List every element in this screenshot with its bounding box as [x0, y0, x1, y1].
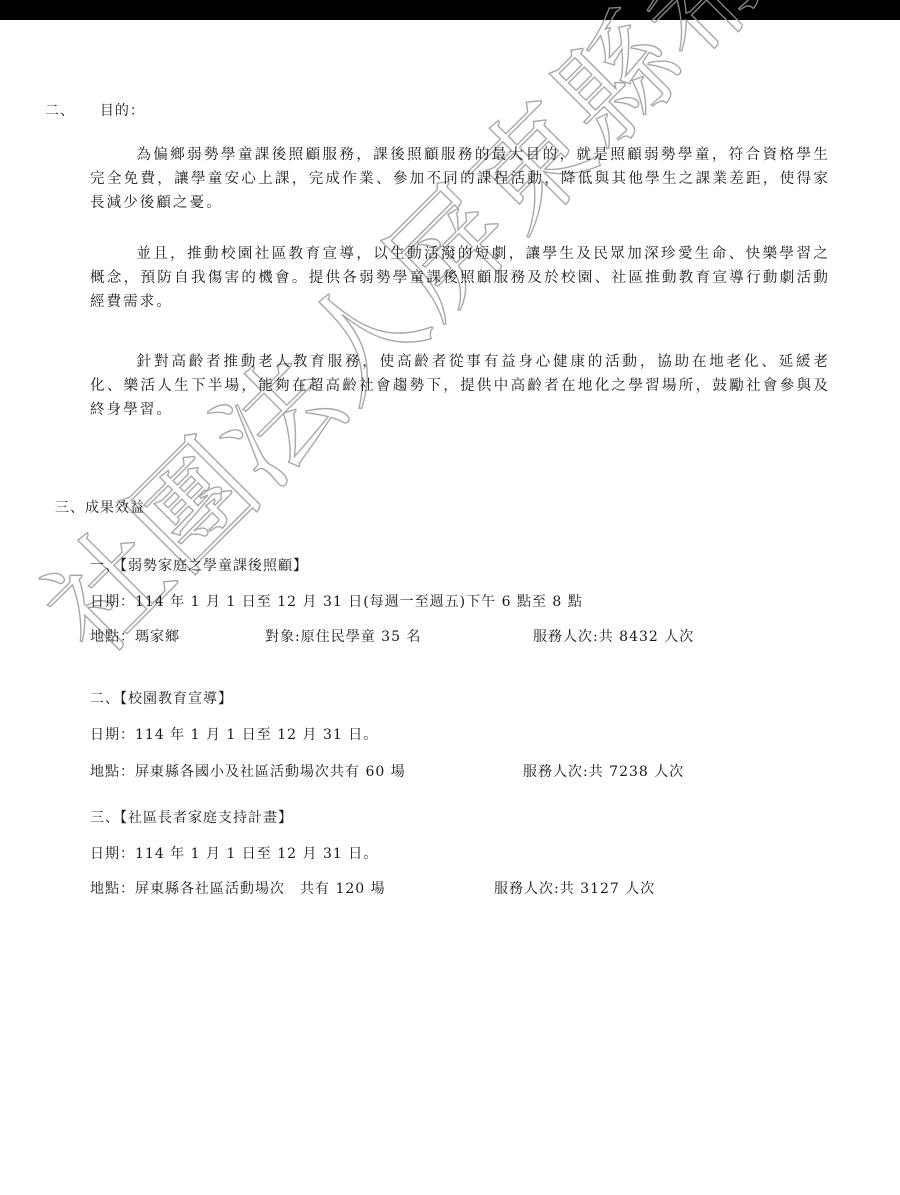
result-1-target: 對象:原住民學童 35 名 — [265, 626, 421, 646]
result-2-location: 地點：屏東縣各國小及社區活動場次共有 60 場 — [90, 761, 406, 781]
result-3-service-count: 服務人次:共 3127 人次 — [494, 878, 655, 898]
document-page: 社團法人屏東縣希望家園協進會 二、 目的： 為偏鄉弱勢學童課後照顧服務，課後照顧… — [0, 20, 900, 1195]
purpose-paragraph-3: 針對高齡者推動老人教育服務，使高齡者從事有益身心健康的活動，協助在地老化、延緩老… — [90, 350, 830, 422]
result-1-title: 一、【弱勢家庭之學童課後照顧】 — [90, 555, 308, 575]
result-2-date: 日期：114 年 1 月 1 日至 12 月 31 日。 — [90, 724, 378, 744]
result-2-service-count: 服務人次:共 7238 人次 — [523, 761, 684, 781]
section-2-heading: 二、 目的： — [45, 100, 145, 120]
viewer-top-bar — [0, 0, 900, 20]
result-3-title: 三、【社區長者家庭支持計畫】 — [90, 807, 293, 827]
section-3-heading: 三、成果效益 — [55, 497, 145, 517]
result-3-date: 日期：114 年 1 月 1 日至 12 月 31 日。 — [90, 843, 378, 863]
result-3-location: 地點：屏東縣各社區活動場次 共有 120 場 — [90, 878, 386, 898]
purpose-paragraph-2: 並且，推動校園社區教育宣導，以生動活潑的短劇，讓學生及民眾加深珍愛生命、快樂學習… — [90, 242, 830, 314]
section-2-title: 目的： — [100, 103, 145, 119]
result-1-location: 地點：瑪家鄉 — [90, 626, 180, 646]
result-2-title: 二、【校園教育宣導】 — [90, 688, 233, 708]
result-1-date: 日期：114 年 1 月 1 日至 12 月 31 日(每週一至週五)下午 6 … — [90, 591, 583, 611]
purpose-paragraph-1: 為偏鄉弱勢學童課後照顧服務，課後照顧服務的最大目的，就是照顧弱勢學童，符合資格學… — [90, 143, 830, 215]
result-1-service-count: 服務人次:共 8432 人次 — [533, 626, 694, 646]
section-2-number: 二、 — [45, 103, 75, 119]
